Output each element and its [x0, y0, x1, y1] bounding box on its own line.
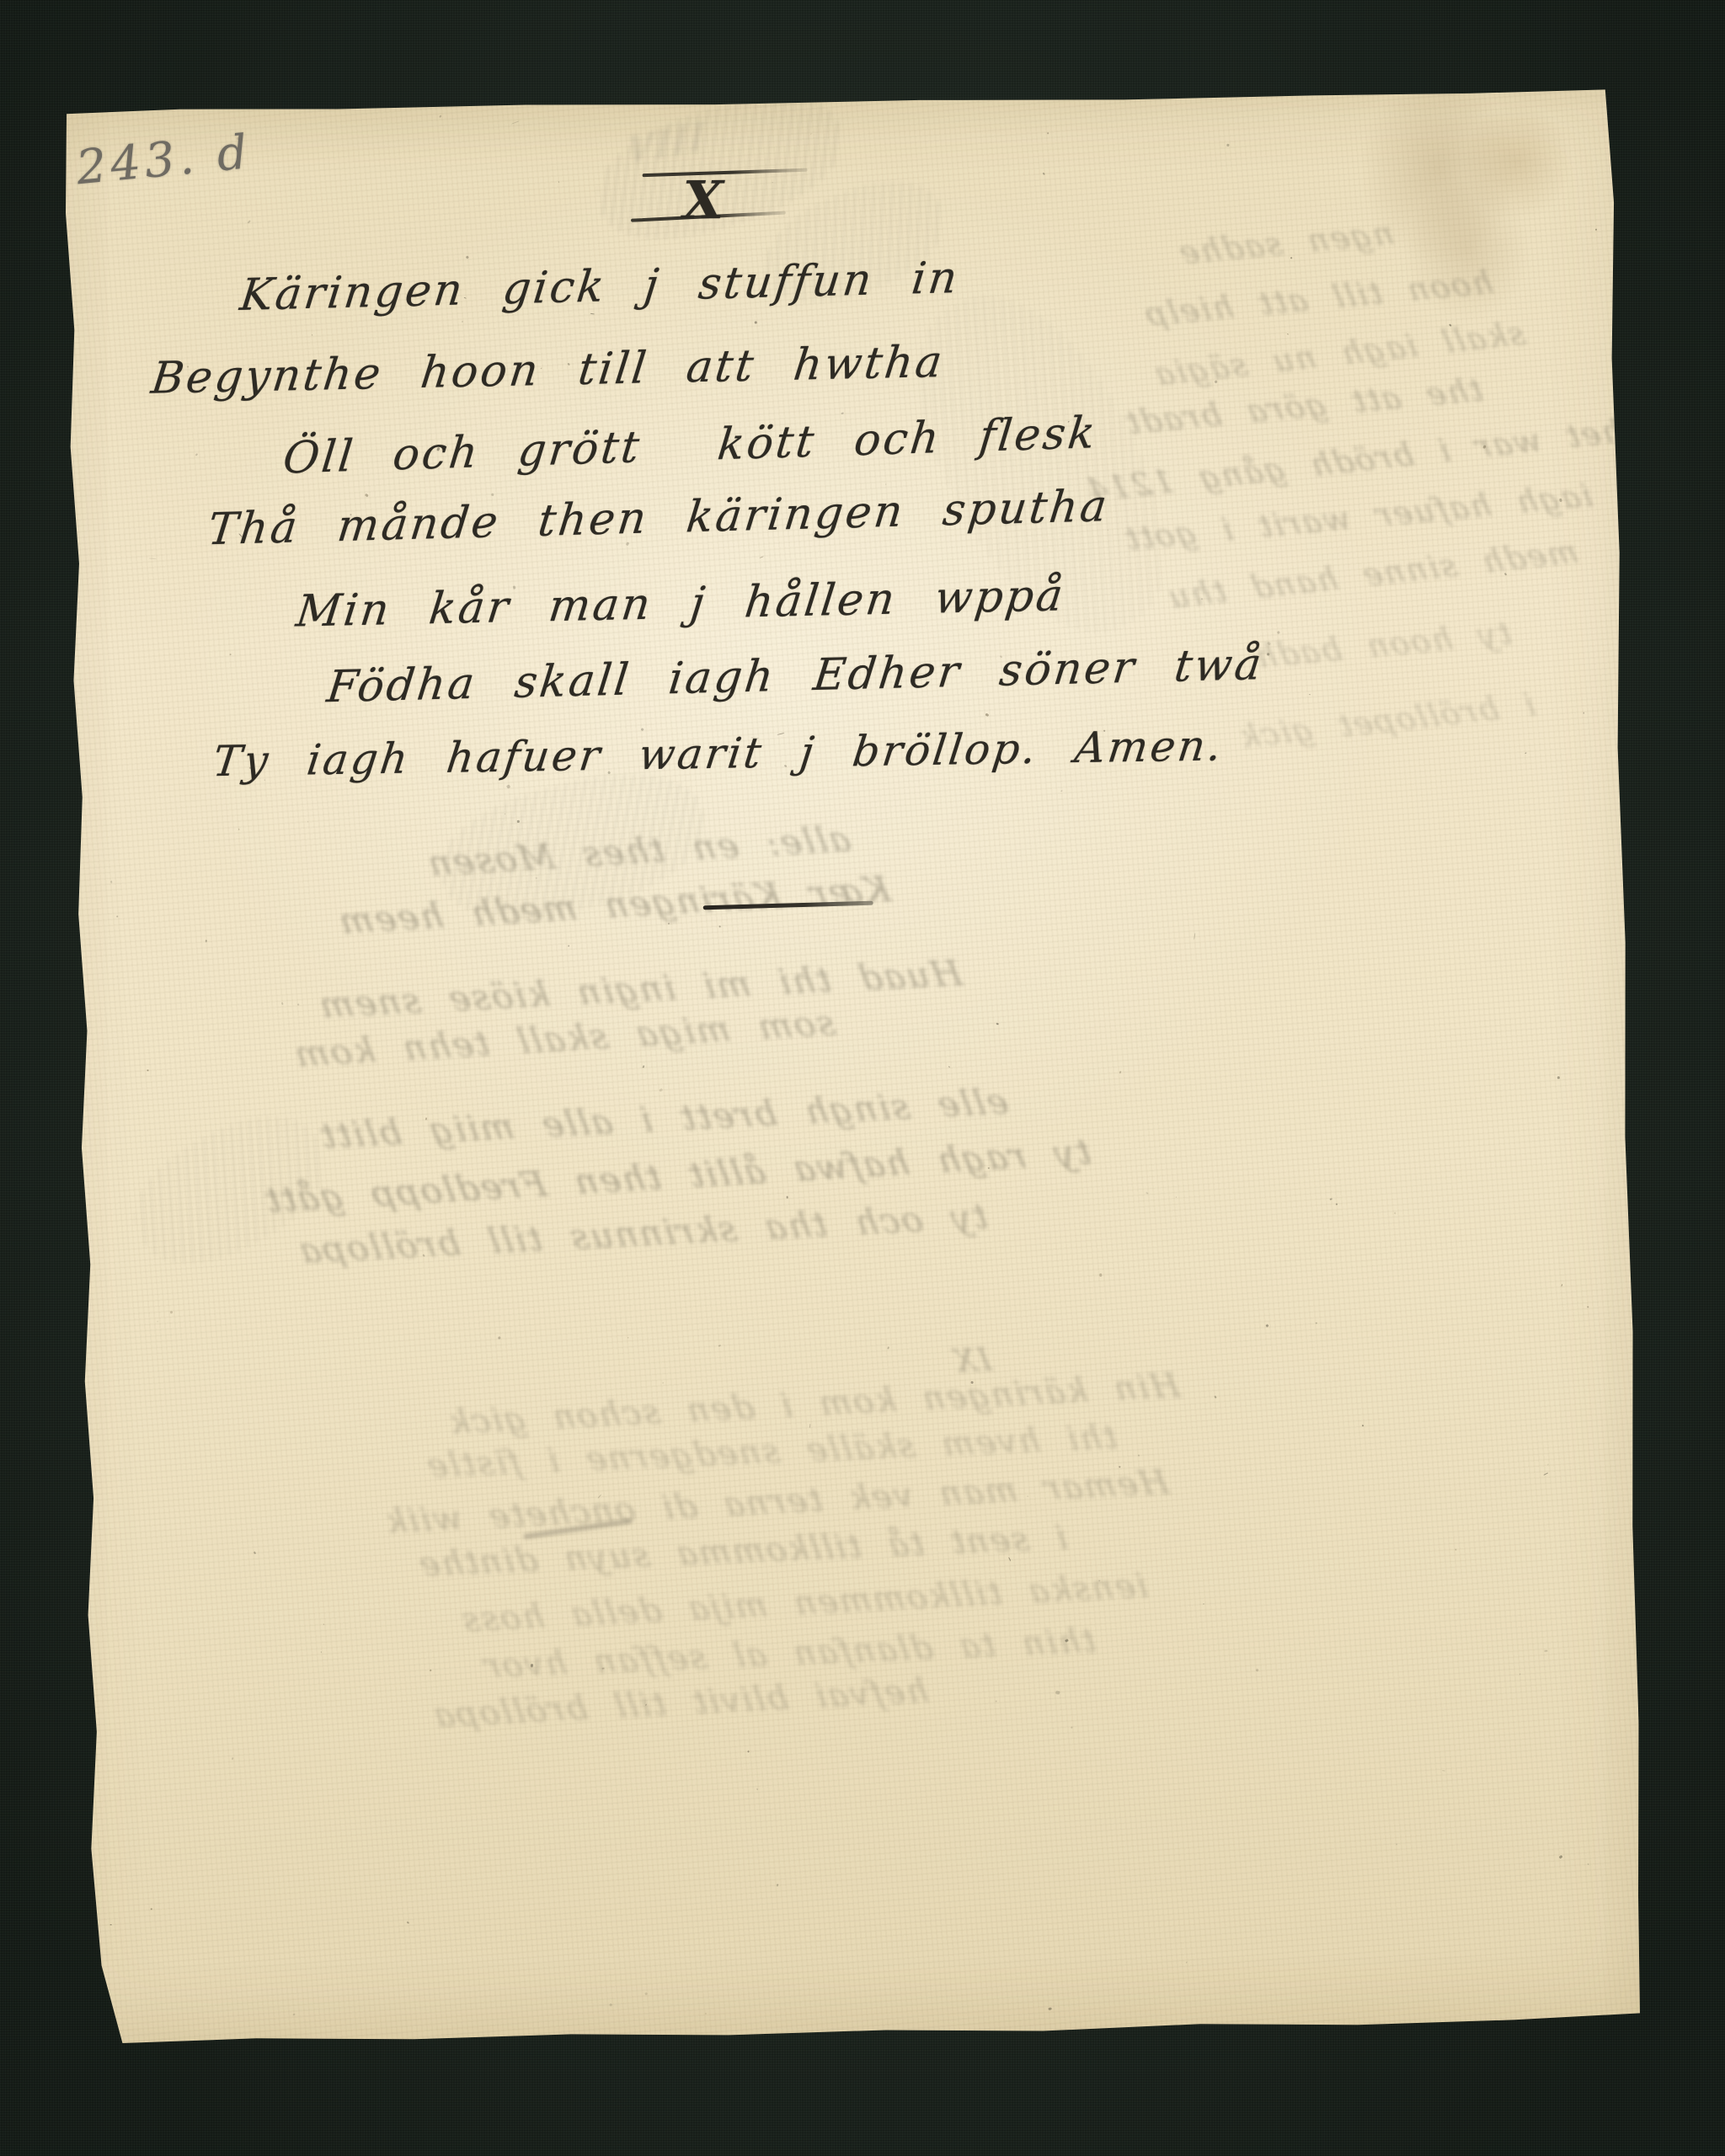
paper-speck	[885, 484, 886, 486]
paper-speck	[1557, 1076, 1561, 1080]
poem-line: Födha skall iagh Edher söner twå	[324, 639, 1266, 712]
paper-speck	[321, 1652, 323, 1652]
paper-speck	[1048, 2007, 1052, 2010]
paper-speck	[809, 133, 812, 135]
paper-speck	[1545, 1651, 1548, 1652]
paper-speck	[510, 120, 519, 125]
paper-stain	[1462, 103, 1573, 221]
paper-speck	[407, 1922, 410, 1925]
paper-speck	[1047, 132, 1049, 135]
paper-speck	[497, 1337, 500, 1340]
paper-speck	[1215, 1396, 1217, 1398]
paper-speck	[280, 1001, 283, 1005]
paper-speck	[238, 829, 239, 830]
paper-speck	[1060, 790, 1062, 792]
paper-speck	[590, 313, 595, 315]
paper-speck	[948, 1066, 950, 1068]
paper-speck	[1187, 1961, 1188, 1963]
scan-background: ngen sadhe hoon till att hielp skall iag…	[0, 0, 1725, 2156]
paper-speck	[1361, 1049, 1362, 1049]
paper-speck	[110, 1924, 112, 1925]
paper-speck	[1099, 1273, 1103, 1277]
paper-speck	[230, 654, 232, 655]
paper-speck	[1226, 144, 1229, 147]
paper-speck	[628, 1337, 628, 1338]
paper-speck	[505, 813, 505, 814]
paper-stain-spot	[1420, 82, 1430, 90]
paper-speck	[888, 1347, 890, 1349]
paper-speck	[430, 1669, 432, 1672]
paper-speck	[1146, 1192, 1149, 1194]
paper-speck	[1588, 1863, 1589, 1865]
paper-speck	[1138, 1454, 1140, 1456]
paper-speck	[1336, 1203, 1338, 1205]
paper-speck	[1525, 752, 1527, 754]
paper-speck	[1119, 1071, 1122, 1075]
poem-line: Min kår man j hållen wppå	[293, 570, 1067, 637]
erased-section-numeral: VIII	[627, 115, 708, 171]
paper-speck	[1309, 694, 1311, 696]
manuscript-page: ngen sadhe hoon till att hielp skall iag…	[54, 86, 1641, 2044]
paper-speck	[663, 1382, 664, 1383]
paper-speck	[1546, 1464, 1548, 1465]
paper-speck	[1442, 1769, 1445, 1771]
paper-speck	[1330, 1198, 1332, 1201]
paper-speck	[1266, 1324, 1269, 1327]
paper-speck	[297, 1003, 299, 1005]
poem-line: Begynthe hoon till att hwtha	[149, 337, 948, 404]
paper-speck	[1277, 631, 1280, 634]
paper-speck	[985, 712, 989, 717]
paper-speck	[1519, 1673, 1521, 1675]
paper-speck	[205, 939, 206, 942]
paper-speck	[312, 334, 313, 335]
paper-speck	[996, 1022, 1000, 1025]
paper-speck	[1194, 933, 1196, 940]
paper-speck	[558, 182, 559, 184]
bleedthrough-line: ngen sadhe	[1174, 215, 1398, 271]
paper-speck	[1043, 173, 1046, 176]
paper-speck	[248, 220, 251, 223]
paper-speck	[1316, 1322, 1317, 1324]
paper-speck	[1176, 1196, 1177, 1197]
paper-speck	[1394, 1212, 1396, 1214]
poem-line: Ty iagh hafuer warit j bröllop. Amen.	[211, 721, 1227, 786]
paper-speck	[1587, 1306, 1589, 1309]
paper-speck	[195, 453, 198, 456]
paper-speck	[1559, 1855, 1563, 1860]
paper-speck	[146, 1070, 148, 1072]
paper-speck	[1055, 1690, 1060, 1694]
paper-speck	[841, 413, 845, 415]
paper-speck	[307, 821, 308, 823]
paper-speck	[609, 2003, 612, 2006]
paper-speck	[506, 785, 510, 789]
paper-speck	[1108, 530, 1109, 531]
paper-speck	[115, 915, 118, 918]
bleedthrough-section-numeral: IX	[948, 1341, 995, 1380]
paper-speck	[466, 255, 469, 259]
paper-speck	[644, 1992, 648, 1995]
paper-speck	[718, 1345, 721, 1347]
paper-speck	[364, 493, 369, 497]
paper-speck	[1255, 1668, 1258, 1672]
paper-speck	[568, 945, 569, 947]
poem-line: Öll och grött kött och flesk	[280, 408, 1100, 484]
paper-speck	[439, 115, 441, 118]
paper-speck	[760, 555, 764, 558]
paper-speck	[1204, 1604, 1205, 1604]
heading-rule-top	[643, 168, 808, 177]
paper-speck	[718, 926, 720, 927]
paper-speck	[772, 182, 773, 183]
paper-speck	[777, 1884, 778, 1886]
paper-speck	[293, 2013, 296, 2016]
paper-speck	[1454, 1548, 1456, 1550]
paper-speck	[1287, 334, 1289, 335]
paper-speck	[1071, 1726, 1072, 1728]
bleedthrough-line: i bröllopet gick	[1234, 686, 1540, 755]
section-numeral: X	[683, 169, 724, 231]
paper-speck	[643, 1065, 645, 1068]
paper-speck	[1396, 1844, 1397, 1844]
poem-line: Thå månde then käringen sputha	[206, 481, 1112, 555]
paper-speck	[995, 1700, 997, 1702]
archival-number: 243. d	[74, 125, 254, 195]
poem-line: Käringen gick j stuffun in	[238, 253, 963, 321]
paper-speck	[491, 493, 494, 495]
paper-speck	[151, 1908, 152, 1909]
paper-speck	[1544, 1472, 1549, 1476]
pencil-smudge	[581, 72, 858, 264]
paper-speck	[755, 321, 757, 324]
paper-speck	[660, 1088, 664, 1092]
paper-speck	[254, 1551, 256, 1555]
paper-speck	[170, 1310, 173, 1313]
paper-speck	[110, 881, 113, 883]
paper-speck	[232, 1758, 234, 1760]
paper-speck	[705, 2013, 707, 2015]
paper-speck	[809, 1424, 811, 1428]
paper-speck	[1583, 712, 1584, 713]
bleedthrough-line: ty hoon badh	[1250, 615, 1515, 675]
paper-speck	[323, 1624, 325, 1625]
paper-speck	[667, 922, 670, 924]
paper-speck	[1362, 1425, 1365, 1427]
paper-speck	[516, 820, 520, 823]
paper-speck	[756, 1788, 758, 1790]
paper-speck	[462, 321, 462, 323]
paper-speck	[1561, 1283, 1562, 1286]
paper-speck	[786, 1196, 788, 1198]
paper-speck	[157, 1321, 158, 1322]
paper-speck	[748, 1750, 750, 1753]
paper-speck	[1594, 228, 1596, 230]
paper-speck	[149, 558, 157, 559]
